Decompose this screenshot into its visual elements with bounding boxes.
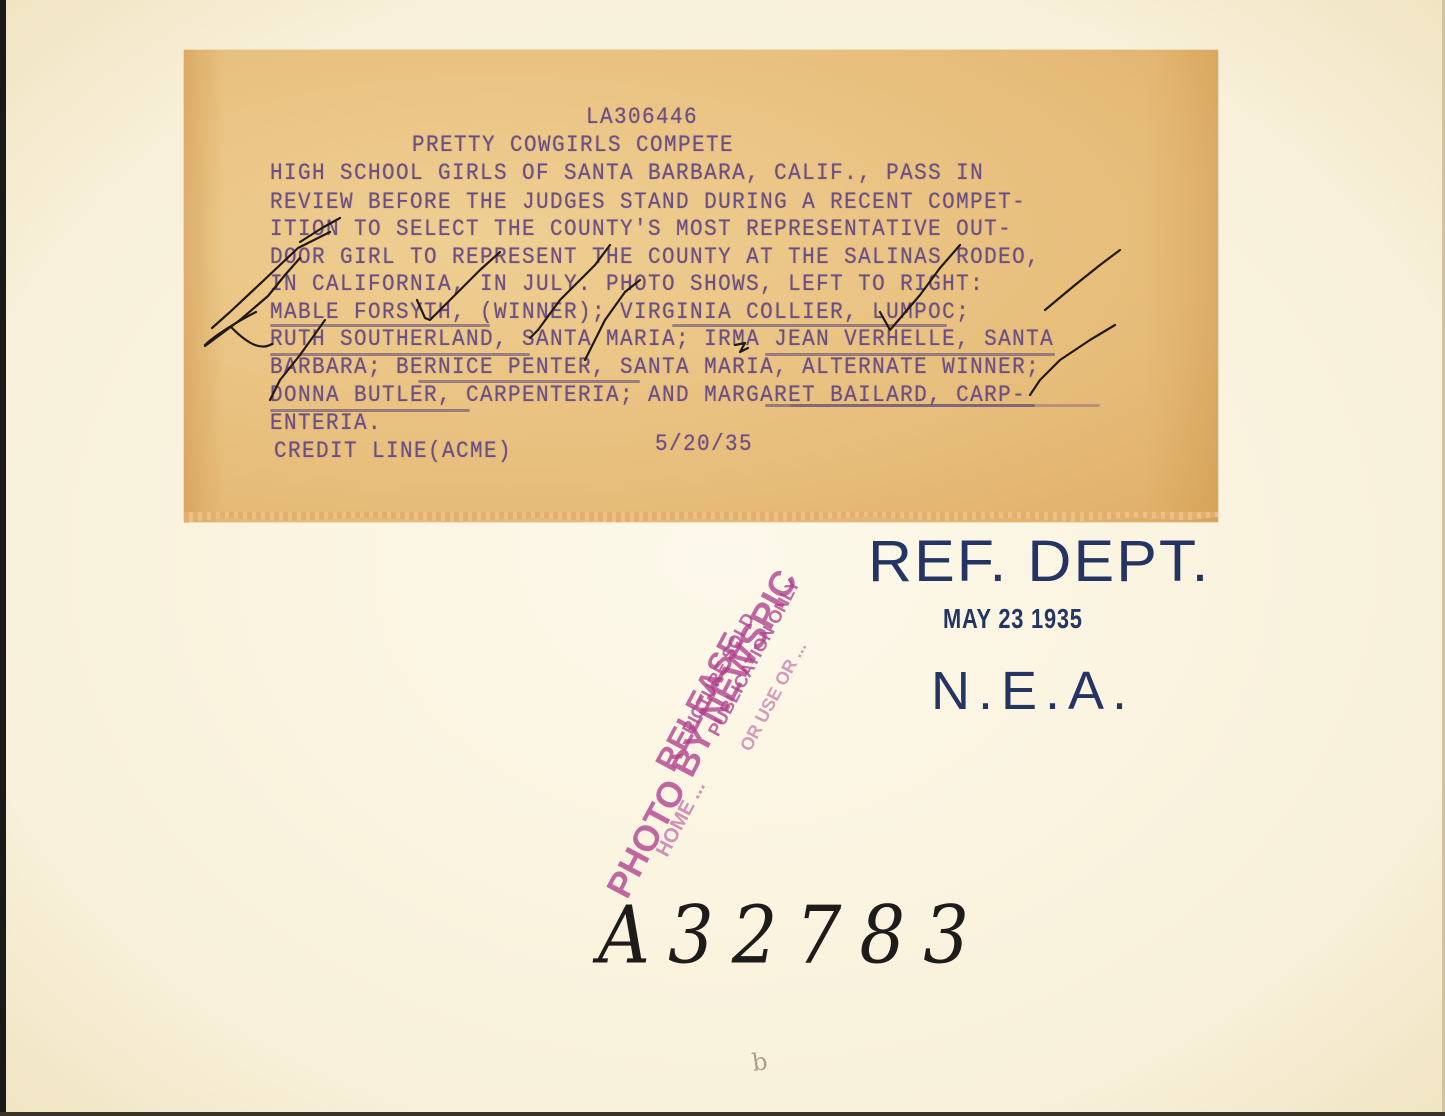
newspic-release-stamp: PHOTO BY NEWSPIC HOME ... RELEASE PICTUR…: [430, 520, 810, 880]
stamp-photo-by: PHOTO BY NEWSPIC: [598, 563, 806, 905]
underline-bernice-penter: [418, 380, 640, 383]
stamp-picture-sold: PICTURE SOLD: [678, 610, 759, 738]
underline-donna-butler: [270, 409, 470, 412]
scan-edge-bottom: [0, 1112, 1445, 1116]
clipping-torn-edge: [184, 512, 1218, 524]
stamp-or-use: OR USE OR ...: [736, 638, 811, 755]
caption-line-4: DOOR GIRL TO REPRESENT THE COUNTY AT THE…: [270, 246, 1040, 270]
archive-number: A32783: [598, 889, 987, 981]
scan-edge-left: [0, 0, 6, 1116]
underline-ruth-southerland: [270, 353, 530, 356]
underline-irma-jean-verhelle: [765, 353, 1055, 356]
stamp-publication-only: PUBLICATION ONLY: [704, 575, 805, 739]
stamp-release: RELEASE: [648, 627, 752, 778]
caption-line-2: REVIEW BEFORE THE JUDGES STAND DURING A …: [270, 191, 1026, 215]
caption-line-6: MABLE FORSYTH, (WINNER); VIRGINIA COLLIE…: [270, 301, 970, 325]
ref-stamp-org: N.E.A.: [931, 660, 1135, 722]
caption-line-10: ENTERIA.: [270, 412, 382, 436]
caption-line-1: HIGH SCHOOL GIRLS OF SANTA BARBARA, CALI…: [270, 162, 984, 186]
photo-id: LA306446: [586, 106, 698, 130]
headline: PRETTY COWGIRLS COMPETE: [412, 134, 734, 158]
stamp-home: HOME ...: [652, 777, 711, 860]
caption-line-3: ITION TO SELECT THE COUNTY'S MOST REPRES…: [270, 218, 1012, 242]
caption-line-7: RUTH SOUTHERLAND, SANTA MARIA; IRMA JEAN…: [270, 328, 1054, 352]
caption-date: 5/20/35: [655, 433, 753, 457]
underline-virginia-collier: [672, 324, 947, 327]
ref-stamp-date: MAY 23 1935: [943, 603, 1083, 635]
caption-line-5: IN CALIFORNIA, IN JULY. PHOTO SHOWS, LEF…: [270, 273, 984, 297]
underline-margaret-bailard-2: [790, 404, 1100, 407]
underline-mable-forsyth: [270, 324, 490, 327]
pencil-mark: b: [750, 1047, 769, 1077]
caption-line-8: BARBARA; BERNICE PENTER, SANTA MARIA, AL…: [270, 356, 1040, 380]
credit-line: CREDIT LINE(ACME): [274, 440, 512, 464]
ref-dept-stamp: REF. DEPT.: [868, 528, 1210, 595]
